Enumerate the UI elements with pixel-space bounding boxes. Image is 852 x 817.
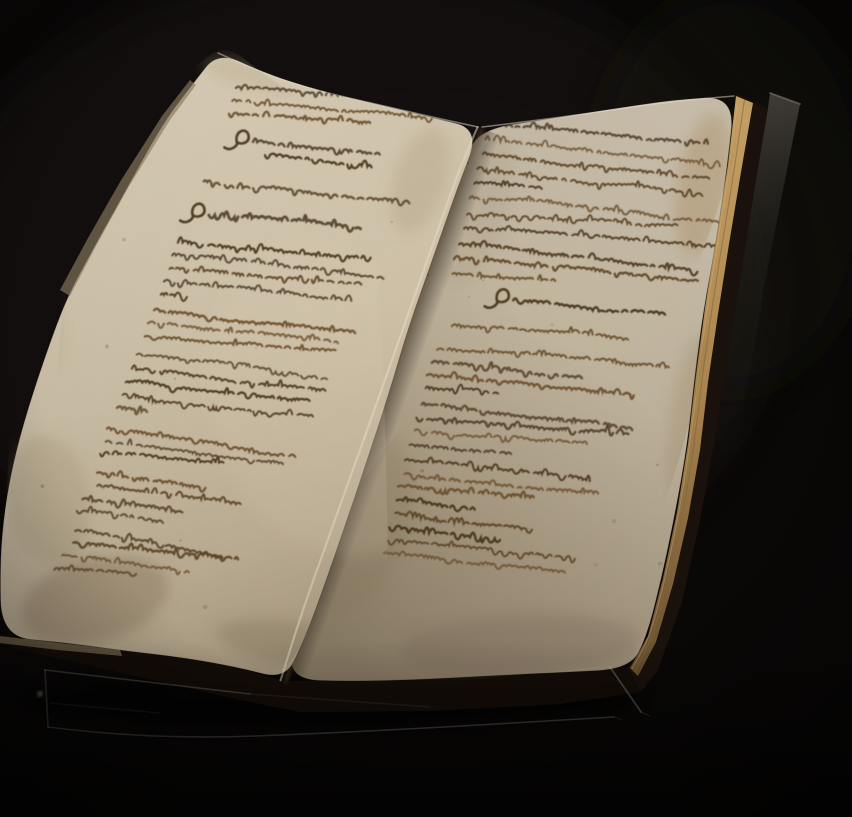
manuscript-scene (0, 0, 852, 817)
exhibit-photo (0, 0, 852, 817)
photo-vignette (0, 0, 852, 817)
